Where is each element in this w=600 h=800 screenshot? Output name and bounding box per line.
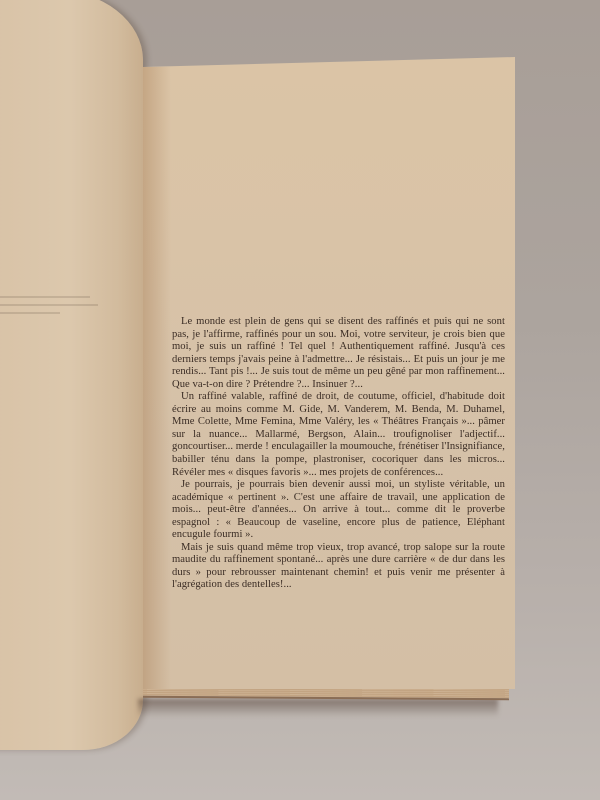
- book-photo: Le monde est plein de gens qui se disent…: [0, 0, 600, 800]
- body-text: Le monde est plein de gens qui se disent…: [172, 316, 505, 592]
- gutter-shadow: [143, 67, 171, 689]
- paragraph: Mais je suis quand même trop vieux, trop…: [172, 542, 505, 592]
- paragraph: Le monde est plein de gens qui se disent…: [172, 316, 505, 391]
- left-page: [0, 0, 143, 750]
- book-shadow: [138, 699, 498, 717]
- show-through-text: [0, 290, 100, 330]
- paragraph: Je pourrais, je pourrais bien devenir au…: [172, 479, 505, 542]
- paragraph: Un raffiné valable, raffiné de droit, de…: [172, 391, 505, 479]
